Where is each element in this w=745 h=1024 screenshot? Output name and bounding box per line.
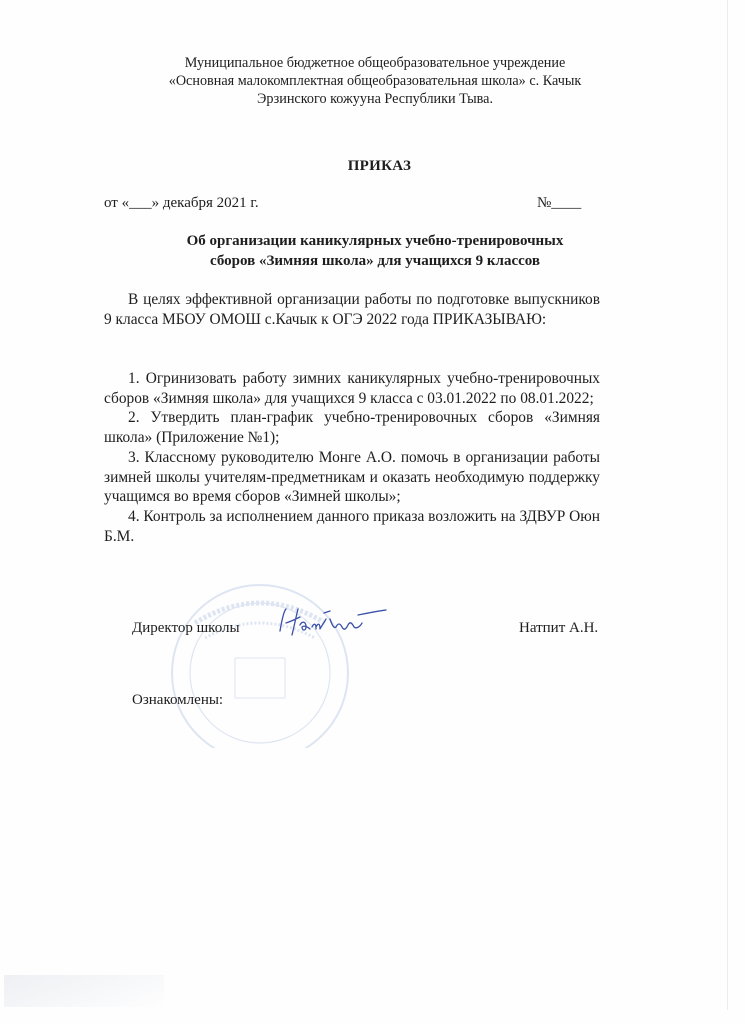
organization-header: Муниципальное бюджетное общеобразователь… bbox=[100, 54, 650, 108]
order-number: №____ bbox=[537, 195, 581, 212]
signer-position: Директор школы bbox=[132, 620, 240, 637]
header-line-2: «Основная малокомплектная общеобразовате… bbox=[100, 72, 650, 90]
subject-line-2: сборов «Зимняя школа» для учащихся 9 кла… bbox=[100, 252, 650, 272]
document-title: ПРИКАЗ bbox=[0, 158, 745, 175]
signer-name: Натпит А.Н. bbox=[519, 620, 598, 637]
header-line-1: Муниципальное бюджетное общеобразователь… bbox=[100, 54, 650, 72]
preamble: В целях эффективной организации работы п… bbox=[104, 290, 600, 329]
order-item: 4. Контроль за исполнением данного прика… bbox=[104, 507, 600, 546]
preamble-text: В целях эффективной организации работы п… bbox=[104, 290, 600, 329]
official-stamp-icon bbox=[135, 578, 385, 748]
header-line-3: Эрзинского кожууна Республики Тыва. bbox=[100, 90, 650, 108]
scan-edge bbox=[727, 0, 728, 1010]
acquainted-label: Ознакомлены: bbox=[132, 692, 223, 709]
signature-row: Директор школы Натпит А.Н. bbox=[0, 620, 745, 644]
order-items-list: 1. Огринизовать работу зимних каникулярн… bbox=[104, 369, 600, 546]
order-subject: Об организации каникулярных учебно-трени… bbox=[100, 232, 650, 271]
order-date: от «___» декабря 2021 г. bbox=[104, 195, 259, 212]
order-item: 2. Утвердить план-график учебно-трениров… bbox=[104, 408, 600, 447]
subject-line-1: Об организации каникулярных учебно-трени… bbox=[100, 232, 650, 252]
order-item: 1. Огринизовать работу зимних каникулярн… bbox=[104, 369, 600, 408]
document-page: Муниципальное бюджетное общеобразователь… bbox=[0, 0, 745, 1024]
order-item: 3. Классному руководителю Монге А.О. пом… bbox=[104, 448, 600, 507]
scan-shadow bbox=[4, 975, 164, 1007]
